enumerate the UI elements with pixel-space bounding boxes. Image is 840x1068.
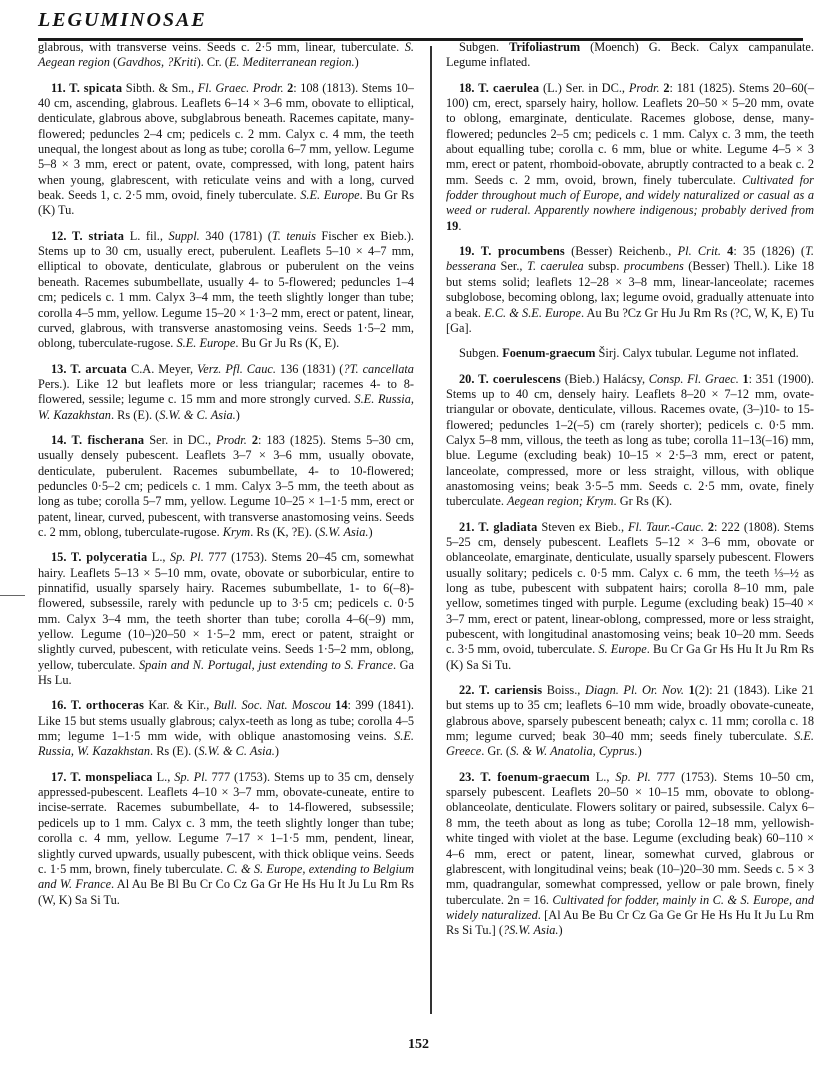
- species-number: 16.: [51, 698, 66, 712]
- species-entry-14: 14. T. fischerana Ser. in DC., Prodr. 2:…: [38, 433, 414, 540]
- description: Like 15 but stems usually glabrous; caly…: [38, 714, 414, 743]
- species-entry-18: 18. T. caerulea (L.) Ser. in DC., Prodr.…: [446, 81, 814, 234]
- distribution: Krym: [223, 525, 250, 539]
- countries: . Rs (E). (: [150, 744, 198, 758]
- left-column: glabrous, with transverse veins. Seeds c…: [38, 40, 414, 918]
- species-name: T. polyceratia: [71, 550, 148, 564]
- species-name: T. monspeliaca: [70, 770, 152, 784]
- description: Stems 20–60(–100) cm, erect, sparsely ha…: [446, 81, 814, 187]
- species-number: 12.: [51, 229, 66, 243]
- species-name: T. foenum-graecum: [480, 770, 590, 784]
- species-name: T. fischerana: [71, 433, 144, 447]
- column-divider: [430, 46, 432, 1014]
- species-number: 22.: [459, 683, 474, 697]
- description: Stems 5–30 cm, usually densely pubescent…: [38, 433, 414, 539]
- species-number: 19.: [459, 244, 474, 258]
- species-name: T. cariensis: [479, 683, 542, 697]
- species-name: T. spicata: [69, 81, 122, 95]
- species-entry-16: 16. T. orthoceras Kar. & Kir., Bull. Soc…: [38, 698, 414, 759]
- margin-mark: [0, 595, 25, 596]
- species-entry-11: 11. T. spicata Sibth. & Sm., Fl. Graec. …: [38, 81, 414, 219]
- species-name: T. coerulescens: [478, 372, 561, 386]
- species-name: T. striata: [72, 229, 124, 243]
- countries: . Bu Gr Ju Rs (K, E).: [235, 336, 339, 350]
- species-number: 11.: [51, 81, 66, 95]
- countries: . Gr. (: [481, 744, 510, 758]
- description: Stems up to 40 cm, densely hairy. Leafle…: [446, 387, 814, 508]
- species-entry-15: 15. T. polyceratia L., Sp. Pl. 777 (1753…: [38, 550, 414, 688]
- family-title: LEGUMINOSAE: [38, 8, 808, 32]
- synonym: ?T. cancellata: [343, 362, 414, 376]
- species-number: 17.: [51, 770, 66, 784]
- page-number: 152: [408, 1037, 429, 1053]
- species-number: 23.: [459, 770, 474, 784]
- description: Stems up to 35 cm, densely appressed-pub…: [38, 770, 414, 876]
- countries: . Rs (K, ?E). (: [250, 525, 319, 539]
- description: Stems 5–25 cm, densely pubescent. Leafle…: [446, 520, 814, 657]
- species-entry-13: 13. T. arcuata C.A. Meyer, Verz. Pfl. Ca…: [38, 362, 414, 423]
- description: Stems up to 30 cm, usually erect, puberu…: [38, 244, 414, 350]
- continuation-paragraph: glabrous, with transverse veins. Seeds c…: [38, 40, 414, 71]
- species-entry-12: 12. T. striata L. fil., Suppl. 340 (1781…: [38, 229, 414, 352]
- distribution: S.E. Europe: [176, 336, 235, 350]
- description: Stems 20–45 cm, somewhat hairy. Leaflets…: [38, 550, 414, 671]
- species-entry-17: 17. T. monspeliaca L., Sp. Pl. 777 (1753…: [38, 770, 414, 908]
- page-header: LEGUMINOSAE: [38, 8, 808, 38]
- species-number: 14.: [51, 433, 66, 447]
- species-entry-20: 20. T. coerulescens (Bieb.) Halácsy, Con…: [446, 372, 814, 510]
- species-name: T. caerulea: [478, 81, 539, 95]
- distribution: E.C. & S.E. Europe: [484, 306, 581, 320]
- species-number: 13.: [51, 362, 66, 376]
- right-column: Subgen. Trifoliastrum (Moench) G. Beck. …: [446, 40, 814, 949]
- species-name: T. orthoceras: [71, 698, 144, 712]
- countries: . Rs (E). (: [111, 408, 159, 422]
- distribution: S.E. Europe: [300, 188, 359, 202]
- subgenus-name: Trifoliastrum: [509, 40, 580, 54]
- countries: . Gr Rs (K).: [614, 494, 673, 508]
- species-name: T. procumbens: [481, 244, 565, 258]
- species-number: 21.: [459, 520, 474, 534]
- description: Stems 10–50 cm, sparsely pubescent. Leaf…: [446, 770, 814, 907]
- distribution: Spain and N. Portugal, just extending to…: [139, 658, 393, 672]
- distribution: S. Europe: [598, 642, 646, 656]
- subgenus-name: Foenum-graecum: [502, 346, 595, 360]
- species-entry-21: 21. T. gladiata Steven ex Bieb., Fl. Tau…: [446, 520, 814, 673]
- species-name: T. gladiata: [478, 520, 537, 534]
- species-entry-22: 22. T. cariensis Boiss., Diagn. Pl. Or. …: [446, 683, 814, 760]
- species-number: 15.: [51, 550, 66, 564]
- species-number: 18.: [459, 81, 474, 95]
- species-number: 20.: [459, 372, 474, 386]
- subgenus-trifoliastrum: Subgen. Trifoliastrum (Moench) G. Beck. …: [446, 40, 814, 71]
- species-entry-23: 23. T. foenum-graecum L., Sp. Pl. 777 (1…: [446, 770, 814, 939]
- description: Stems 10–40 cm, ascending, glabrous. Lea…: [38, 81, 414, 202]
- species-name: T. arcuata: [70, 362, 127, 376]
- subgenus-foenum-graecum: Subgen. Foenum-graecum Širj. Calyx tubul…: [446, 346, 814, 361]
- synonym: T. tenuis: [272, 229, 316, 243]
- species-entry-19: 19. T. procumbens (Besser) Reichenb., Pl…: [446, 244, 814, 336]
- distribution: Aegean region; Krym: [507, 494, 614, 508]
